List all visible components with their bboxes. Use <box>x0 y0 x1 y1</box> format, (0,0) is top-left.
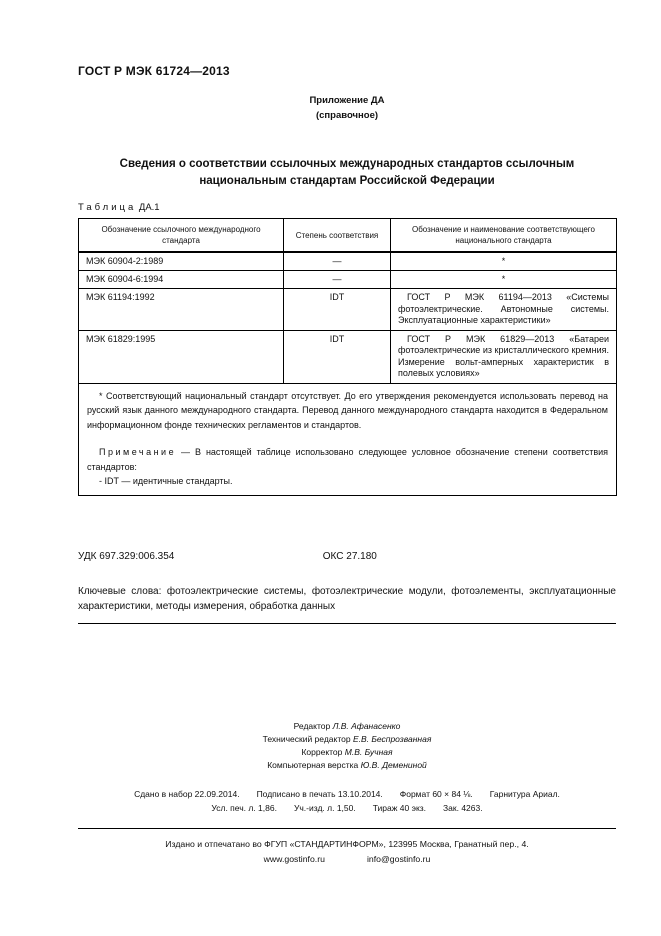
table-note-label: Примечание <box>99 447 176 457</box>
cell-international-standard: МЭК 60904-2:1989 <box>79 252 284 271</box>
cell-degree: — <box>284 271 391 289</box>
print-segment: Гарнитура Ариал. <box>490 787 560 801</box>
staff-line: Редактор Л.В. Афанасенко <box>78 720 616 733</box>
publisher-website: www.gostinfo.ru <box>264 852 325 867</box>
standards-correspondence-table: Обозначение ссылочного международного ст… <box>78 218 617 496</box>
divider-line <box>78 828 616 829</box>
cell-national-standard: * <box>391 271 617 289</box>
print-segment: Подписано в печать 13.10.2014. <box>257 787 383 801</box>
staff-line: Корректор М.В. Бучная <box>78 746 616 759</box>
cell-national-standard: ГОСТ Р МЭК 61194—2013 «Системы фотоэлект… <box>391 289 617 331</box>
table-row: МЭК 60904-2:1989 — * <box>79 252 617 271</box>
table-row: МЭК 60904-6:1994 — * <box>79 271 617 289</box>
table-caption-label: Таблица <box>78 202 136 213</box>
staff-role: Технический редактор <box>263 734 353 744</box>
publisher-address: Издано и отпечатано во ФГУП «СТАНДАРТИНФ… <box>78 837 616 852</box>
cell-national-standard: * <box>391 252 617 271</box>
table-row: МЭК 61194:1992 IDT ГОСТ Р МЭК 61194—2013… <box>79 289 617 331</box>
table-footer-row: * Соответствующий национальный стандарт … <box>79 383 617 495</box>
print-info: Сдано в набор 22.09.2014. Подписано в пе… <box>78 787 616 815</box>
table-note: Примечание — В настоящей таблице использ… <box>87 445 608 474</box>
column-header-international: Обозначение ссылочного международного ст… <box>79 219 284 253</box>
staff-role: Компьютерная верстка <box>267 760 360 770</box>
cell-degree: — <box>284 252 391 271</box>
cell-degree: IDT <box>284 330 391 383</box>
page-footer-block: УДК 697.329:006.354 ОКС 27.180 Ключевые … <box>78 550 616 867</box>
classification-codes: УДК 697.329:006.354 ОКС 27.180 <box>78 550 616 564</box>
staff-name: М.В. Бучная <box>345 747 393 757</box>
table-row: МЭК 61829:1995 IDT ГОСТ Р МЭК 61829—2013… <box>79 330 617 383</box>
annex-type: (справочное) <box>78 108 616 123</box>
page-title: Сведения о соответствии ссылочных междун… <box>78 156 616 190</box>
cell-international-standard: МЭК 61829:1995 <box>79 330 284 383</box>
table-caption-number: ДА.1 <box>139 202 160 213</box>
page-content: ГОСТ Р МЭК 61724—2013 Приложение ДА (спр… <box>78 0 616 496</box>
divider-line <box>78 623 616 624</box>
print-info-line: Усл. печ. л. 1,86. Уч.-изд. л. 1,50. Тир… <box>78 801 616 815</box>
publisher-contacts: www.gostinfo.ru info@gostinfo.ru <box>78 852 616 867</box>
print-segment: Уч.-изд. л. 1,50. <box>294 801 356 815</box>
staff-role: Редактор <box>294 721 333 731</box>
table-footnote-cell: * Соответствующий национальный стандарт … <box>79 383 617 495</box>
column-header-degree: Степень соответствия <box>284 219 391 253</box>
keywords: Ключевые слова: фотоэлектрические систем… <box>78 584 616 614</box>
staff-role: Корректор <box>301 747 344 757</box>
cell-national-standard: ГОСТ Р МЭК 61829—2013 «Батареи фотоэлект… <box>391 330 617 383</box>
publisher-info: Издано и отпечатано во ФГУП «СТАНДАРТИНФ… <box>78 837 616 867</box>
annex-label: Приложение ДА <box>78 93 616 108</box>
udk-code: УДК 697.329:006.354 <box>78 550 320 564</box>
print-segment: Формат 60 × 84 ⅛. <box>400 787 473 801</box>
cell-international-standard: МЭК 61194:1992 <box>79 289 284 331</box>
column-header-national: Обозначение и наименование соответствующ… <box>391 219 617 253</box>
print-segment: Зак. 4263. <box>443 801 483 815</box>
staff-line: Компьютерная верстка Ю.В. Демениной <box>78 759 616 772</box>
annex-heading: Приложение ДА (справочное) <box>78 93 616 123</box>
staff-name: Л.В. Афанасенко <box>333 721 401 731</box>
document-page: ГОСТ Р МЭК 61724—2013 Приложение ДА (спр… <box>0 0 661 936</box>
cell-degree: IDT <box>284 289 391 331</box>
print-segment: Сдано в набор 22.09.2014. <box>134 787 240 801</box>
print-segment: Тираж 40 экз. <box>373 801 426 815</box>
staff-line: Технический редактор Е.В. Беспрозванная <box>78 733 616 746</box>
table-footnote: * Соответствующий национальный стандарт … <box>87 389 608 433</box>
staff-name: Е.В. Беспрозванная <box>353 734 431 744</box>
publisher-email: info@gostinfo.ru <box>367 852 430 867</box>
oks-code: ОКС 27.180 <box>323 551 377 562</box>
print-info-line: Сдано в набор 22.09.2014. Подписано в пе… <box>78 787 616 801</box>
imprint-staff: Редактор Л.В. Афанасенко Технический ред… <box>78 720 616 772</box>
staff-name: Ю.В. Демениной <box>361 760 427 770</box>
table-header-row: Обозначение ссылочного международного ст… <box>79 219 617 253</box>
table-caption: Таблица ДА.1 <box>78 201 616 214</box>
print-segment: Усл. печ. л. 1,86. <box>211 801 277 815</box>
table-note-item: - IDT — идентичные стандарты. <box>99 474 608 489</box>
doc-code: ГОСТ Р МЭК 61724—2013 <box>78 64 616 78</box>
cell-international-standard: МЭК 60904-6:1994 <box>79 271 284 289</box>
